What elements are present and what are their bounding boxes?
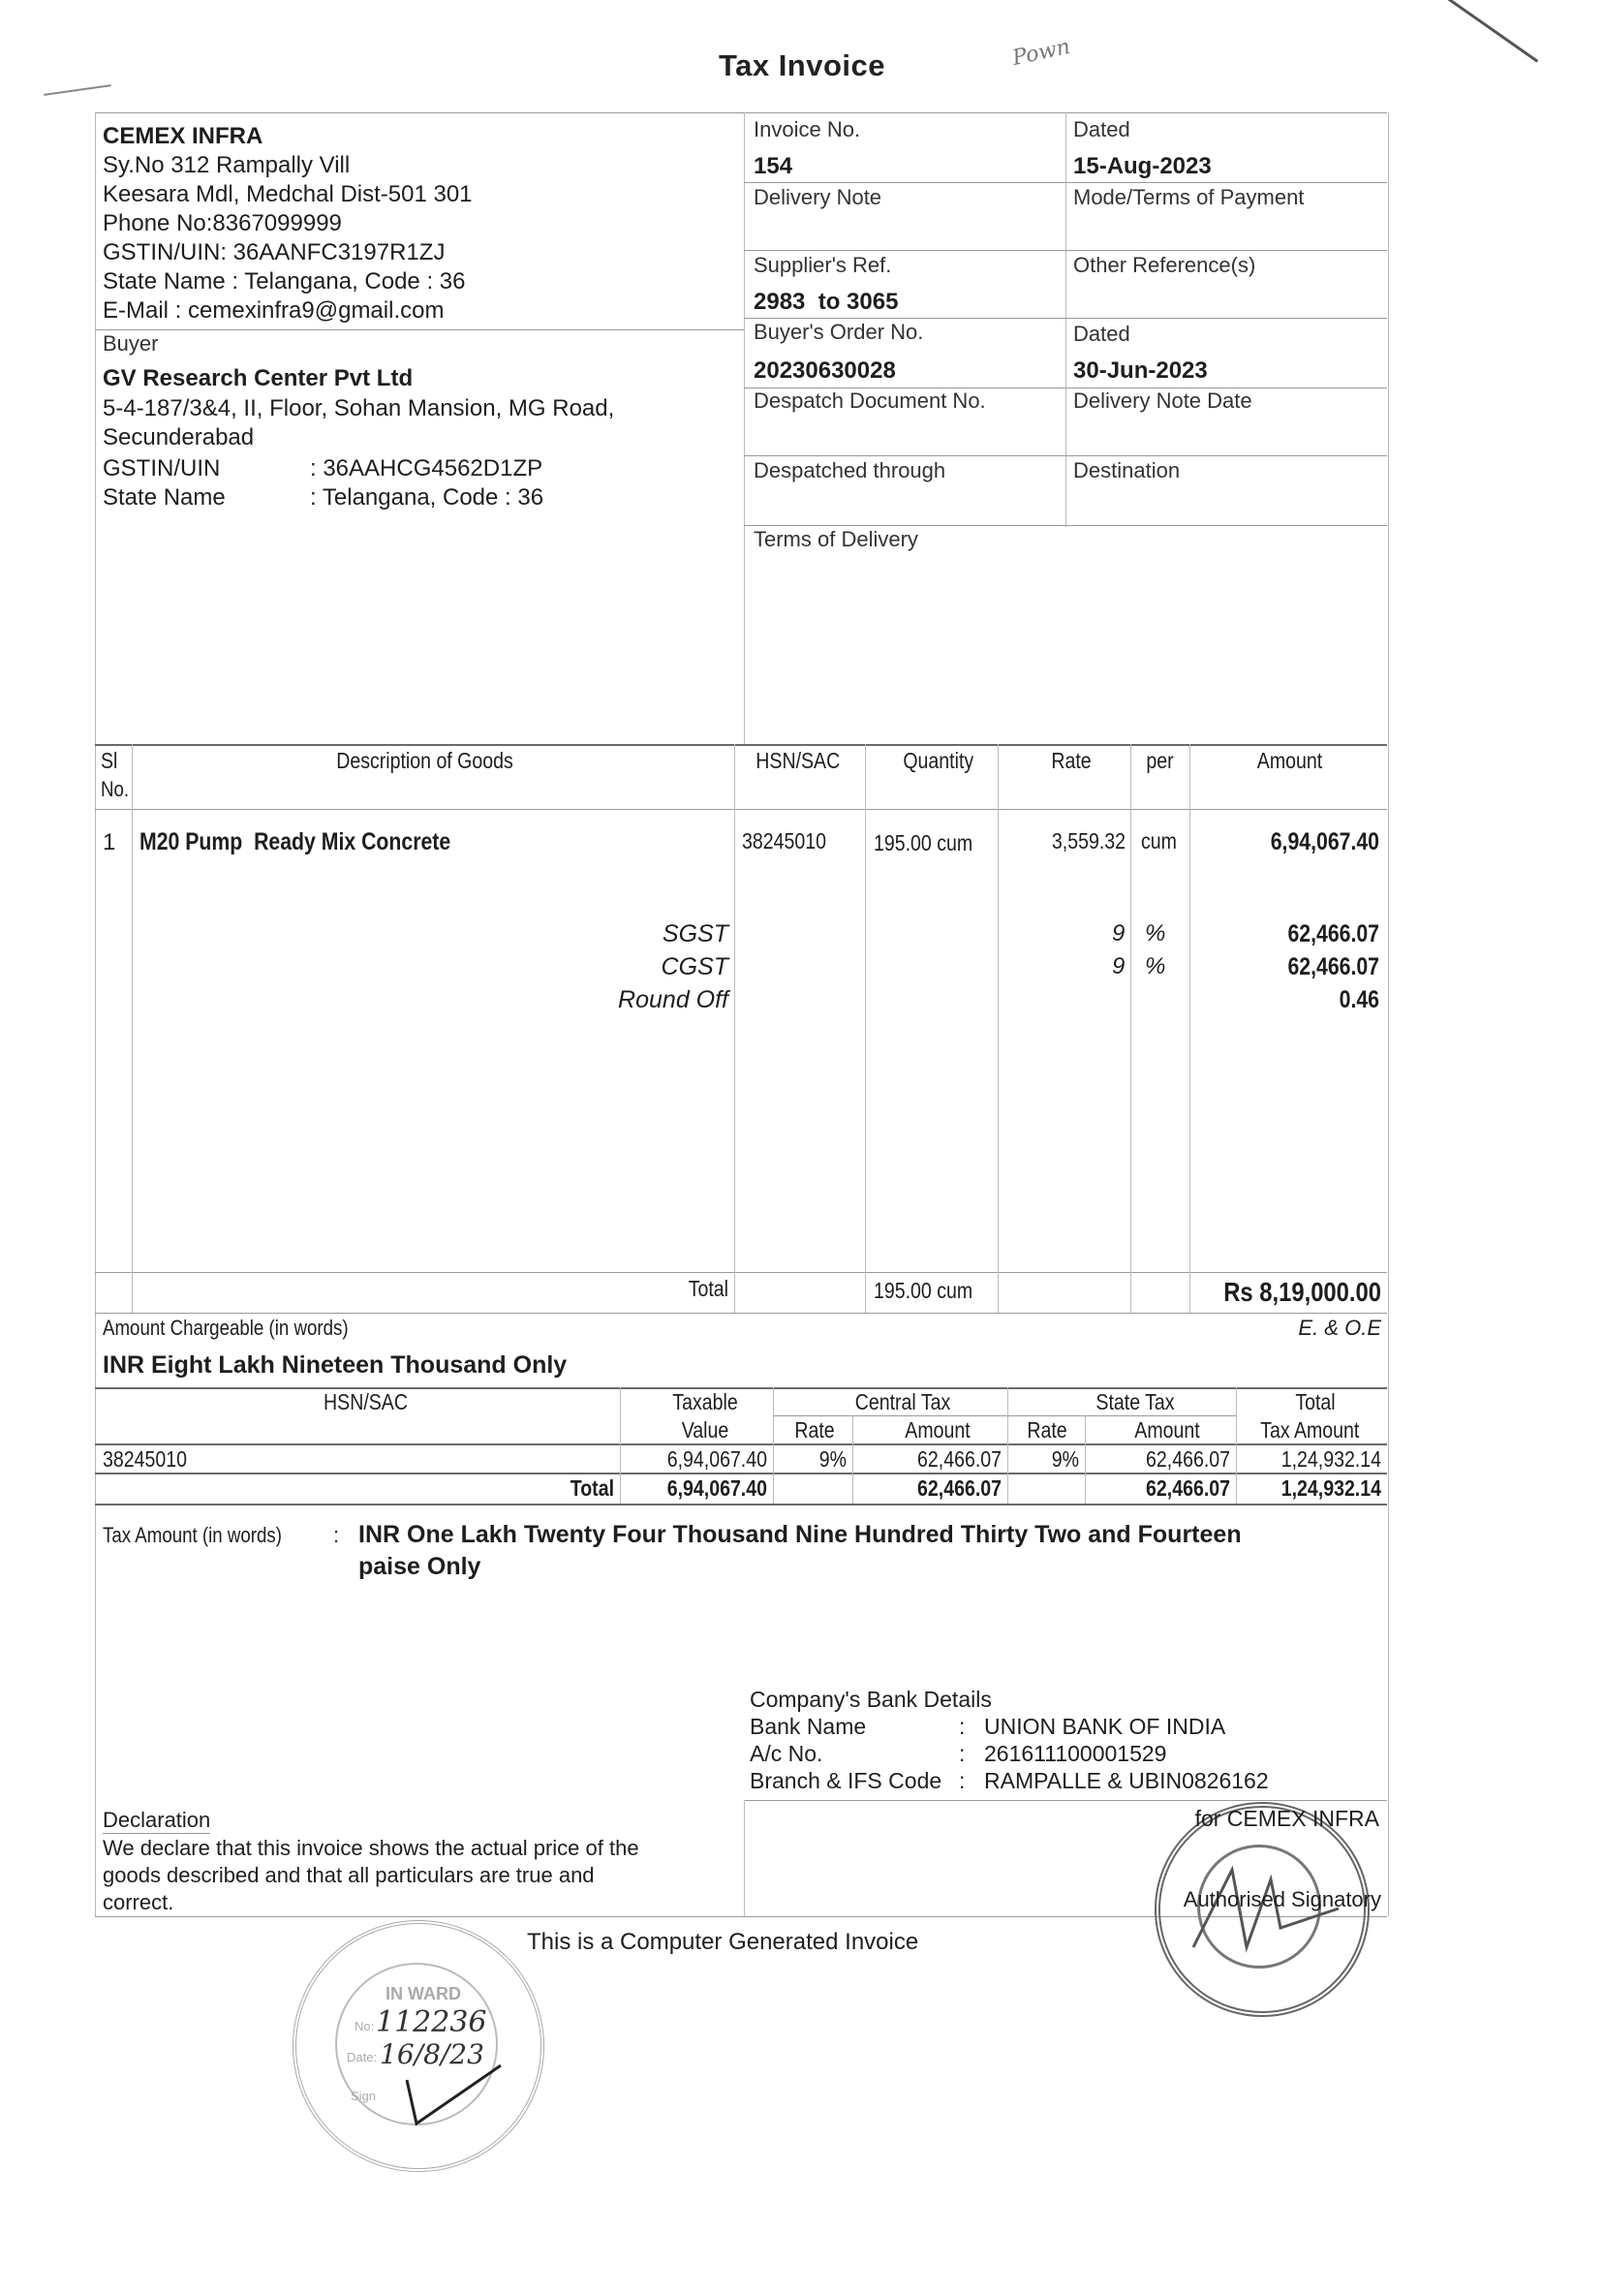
declaration-line-1: We declare that this invoice shows the a…: [103, 1836, 639, 1861]
branch-ifsc: RAMPALLE & UBIN0826162: [984, 1768, 1269, 1794]
summary-central-amount: 62,466.07: [875, 1446, 1002, 1473]
tax-words-label: Tax Amount (in words): [103, 1523, 282, 1548]
total-label: Total: [603, 1276, 728, 1302]
divider: [95, 1313, 1387, 1314]
tax-name: Round Off: [484, 986, 728, 1014]
tax-words-line-2: paise Only: [358, 1553, 480, 1581]
divider: [95, 809, 1387, 810]
col-sl: Sl: [101, 748, 117, 774]
declaration-line-3: correct.: [103, 1890, 173, 1915]
col-state-rate: Rate: [1014, 1417, 1080, 1443]
summary-state-amount: 62,466.07: [1107, 1446, 1231, 1473]
divider: [1085, 1415, 1086, 1504]
buyer-state: : Telangana, Code : 36: [310, 484, 543, 512]
buyer-label: Buyer: [103, 331, 158, 357]
for-company: for CEMEX INFRA: [1114, 1806, 1379, 1832]
authorised-signatory: Authorised Signatory: [1114, 1887, 1381, 1912]
checkmark-icon: [293, 1920, 537, 2164]
computer-generated-note: This is a Computer Generated Invoice: [527, 1929, 918, 1956]
scan-mark: [44, 84, 111, 96]
divider: [998, 744, 999, 1313]
col-description: Description of Goods: [252, 748, 598, 774]
invoice-no: 154: [754, 153, 792, 180]
declaration-heading: Declaration: [103, 1808, 210, 1834]
divider: [744, 318, 1387, 319]
account-label: A/c No.: [750, 1741, 822, 1767]
tax-unit: %: [1145, 920, 1165, 947]
summary-total-central: 62,466.07: [875, 1475, 1002, 1502]
dated-label: Dated: [1073, 117, 1130, 142]
col-hsn: HSN/SAC: [242, 1389, 489, 1415]
summary-hsn: 38245010: [103, 1446, 187, 1473]
account-sep: :: [959, 1741, 965, 1767]
bank-heading: Company's Bank Details: [750, 1687, 992, 1713]
supplier-ref: 2983 to 3065: [754, 289, 898, 316]
order-dated-label: Dated: [1073, 322, 1130, 347]
summary-total-state: 62,466.07: [1107, 1475, 1231, 1502]
tax-name: CGST: [484, 953, 728, 981]
buyer-name: GV Research Center Pvt Ltd: [103, 365, 413, 392]
col-state-tax: State Tax: [1036, 1389, 1234, 1415]
tax-rate: 9: [1112, 953, 1125, 980]
divider: [744, 250, 1387, 251]
amount-words: INR Eight Lakh Nineteen Thousand Only: [103, 1351, 567, 1380]
divider: [773, 1387, 774, 1504]
summary-total-label: Total: [479, 1475, 614, 1502]
divider: [95, 1443, 1387, 1445]
divider: [734, 744, 735, 1313]
divider: [1007, 1387, 1008, 1504]
col-rate: Rate: [1022, 748, 1121, 774]
tax-amount: 62,466.07: [1219, 920, 1379, 948]
order-date: 30-Jun-2023: [1073, 357, 1208, 385]
divider: [1065, 112, 1066, 527]
divider: [744, 1800, 1387, 1801]
total-amount: Rs 8,19,000.00: [1162, 1277, 1381, 1308]
seller-email: E-Mail : cemexinfra9@gmail.com: [103, 297, 444, 325]
tax-unit: %: [1145, 953, 1165, 980]
col-central-tax: Central Tax: [804, 1389, 1002, 1415]
bank-name: UNION BANK OF INDIA: [984, 1714, 1225, 1740]
terms-of-delivery-label: Terms of Delivery: [754, 527, 918, 552]
tax-rate: 9: [1112, 920, 1125, 947]
seller-address-1: Sy.No 312 Rampally Vill: [103, 152, 350, 179]
col-hsn: HSN/SAC: [736, 748, 860, 774]
tax-words-separator: :: [333, 1523, 339, 1548]
summary-total-tax-amount: 1,24,932.14: [1258, 1475, 1382, 1502]
delivery-note-label: Delivery Note: [754, 185, 881, 210]
divider: [744, 1800, 745, 1916]
buyer-gstin: : 36AAHCG4562D1ZP: [310, 455, 542, 482]
summary-state-rate: 9%: [1018, 1446, 1079, 1473]
divider: [95, 744, 1387, 746]
divider: [95, 1504, 1387, 1505]
divider: [1189, 744, 1190, 1313]
divider: [132, 744, 133, 1313]
supplier-ref-label: Supplier's Ref.: [754, 253, 891, 278]
divider: [1236, 1387, 1237, 1504]
item-rate: 3,559.32: [1025, 828, 1126, 854]
item-sl: 1: [103, 829, 115, 856]
divider: [1130, 744, 1131, 1313]
tax-name: SGST: [484, 920, 728, 948]
col-central-amount: Amount: [872, 1417, 1003, 1443]
col-central-rate: Rate: [782, 1417, 848, 1443]
divider: [95, 112, 1387, 113]
bank-name-sep: :: [959, 1714, 965, 1740]
summary-total-taxable: 6,94,067.40: [642, 1475, 767, 1502]
branch-sep: :: [959, 1768, 965, 1794]
seller-state: State Name : Telangana, Code : 36: [103, 268, 465, 295]
buyer-address-2: Secunderabad: [103, 424, 254, 451]
col-sl-no: No.: [101, 777, 129, 802]
invoice-date: 15-Aug-2023: [1073, 153, 1212, 180]
invoice-no-label: Invoice No.: [754, 117, 860, 142]
seller-address-2: Keesara Mdl, Medchal Dist-501 301: [103, 181, 473, 208]
col-state-amount: Amount: [1101, 1417, 1233, 1443]
divider: [620, 1387, 621, 1504]
eoe-note: E. & O.E: [1211, 1316, 1381, 1341]
item-description: M20 Pump Ready Mix Concrete: [139, 828, 450, 856]
tax-amount: 62,466.07: [1219, 953, 1379, 981]
col-total-tax: Total: [1249, 1389, 1381, 1415]
buyer-address-1: 5-4-187/3&4, II, Floor, Sohan Mansion, M…: [103, 395, 614, 422]
col-amount: Amount: [1216, 748, 1364, 774]
divider: [744, 525, 1387, 526]
page-title: Tax Invoice: [0, 48, 1604, 83]
other-ref-label: Other Reference(s): [1073, 253, 1255, 278]
declaration-line-2: goods described and that all particulars…: [103, 1863, 595, 1888]
buyer-state-label: State Name: [103, 484, 226, 512]
col-taxable-2: Value: [639, 1417, 771, 1443]
divider: [773, 1415, 1236, 1416]
amount-words-label: Amount Chargeable (in words): [103, 1316, 349, 1341]
seller-gstin: GSTIN/UIN: 36AANFC3197R1ZJ: [103, 239, 445, 266]
summary-taxable: 6,94,067.40: [642, 1446, 767, 1473]
item-hsn: 38245010: [742, 828, 826, 854]
col-total-tax-2: Tax Amount: [1240, 1417, 1380, 1443]
delivery-note-date-label: Delivery Note Date: [1073, 388, 1252, 414]
buyer-order-no: 20230630028: [754, 357, 896, 385]
item-amount: 6,94,067.40: [1219, 828, 1379, 856]
total-quantity: 195.00 cum: [874, 1278, 972, 1304]
item-quantity: 195.00 cum: [874, 830, 972, 856]
bank-name-label: Bank Name: [750, 1714, 866, 1740]
payment-terms-label: Mode/Terms of Payment: [1073, 185, 1304, 210]
summary-total-tax: 1,24,932.14: [1258, 1446, 1382, 1473]
item-per: cum: [1141, 828, 1177, 854]
despatched-through-label: Despatched through: [754, 458, 945, 483]
inward-stamp: IN WARD No: 112236 Date: 16/8/23 Sign: [293, 1920, 544, 2172]
divider: [95, 1272, 1387, 1273]
tax-words-line-1: INR One Lakh Twenty Four Thousand Nine H…: [358, 1521, 1242, 1549]
seller-name: CEMEX INFRA: [103, 123, 262, 150]
buyer-order-label: Buyer's Order No.: [754, 320, 923, 345]
divider: [95, 329, 744, 330]
divider: [744, 182, 1387, 183]
buyer-gstin-label: GSTIN/UIN: [103, 455, 220, 482]
seller-phone: Phone No:8367099999: [103, 210, 342, 237]
divider: [744, 455, 1387, 456]
col-per: per: [1135, 748, 1185, 774]
summary-central-rate: 9%: [786, 1446, 847, 1473]
divider: [744, 112, 745, 744]
tax-amount: 0.46: [1219, 986, 1379, 1014]
col-taxable: Taxable: [639, 1389, 771, 1415]
divider: [852, 1415, 853, 1504]
destination-label: Destination: [1073, 458, 1180, 483]
divider: [95, 1473, 1387, 1474]
despatch-doc-label: Despatch Document No.: [754, 388, 986, 414]
divider: [865, 744, 866, 1313]
col-quantity: Quantity: [877, 748, 1001, 774]
account-number: 261611100001529: [984, 1741, 1166, 1767]
branch-label: Branch & IFS Code: [750, 1768, 941, 1794]
